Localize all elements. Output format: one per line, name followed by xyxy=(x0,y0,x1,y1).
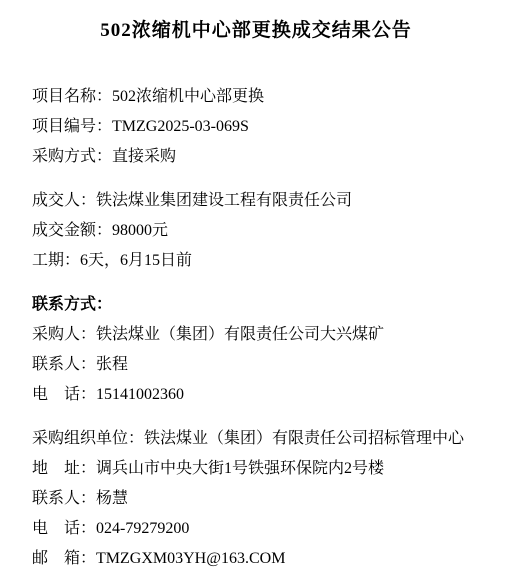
project-name-value: 502浓缩机中心部更换 xyxy=(112,88,264,105)
winner-value: 铁法煤业集团建设工程有限责任公司 xyxy=(96,192,352,209)
purchaser-label: 采购人： xyxy=(32,326,96,343)
organizer-address-line: 地 址：调兵山市中央大街1号铁强环保院内2号楼 xyxy=(32,454,480,484)
procurement-method-label: 采购方式： xyxy=(32,148,112,165)
duration-value: 6天，6月15日前 xyxy=(80,252,192,269)
duration-label: 工期： xyxy=(32,252,80,269)
purchaser-contact-person-value: 张程 xyxy=(96,356,128,373)
organizer-email-value: TMZGXM03YH@163.COM xyxy=(96,550,285,567)
project-number-value: TMZG2025-03-069S xyxy=(112,118,249,135)
organizer-email-line: 邮 箱：TMZGXM03YH@163.COM xyxy=(32,544,480,571)
purchaser-value: 铁法煤业（集团）有限责任公司大兴煤矿 xyxy=(96,326,384,343)
purchaser-phone-label: 电 话： xyxy=(32,386,96,403)
winner-line: 成交人：铁法煤业集团建设工程有限责任公司 xyxy=(32,186,480,216)
duration-line: 工期：6天，6月15日前 xyxy=(32,246,480,276)
purchaser-line: 采购人：铁法煤业（集团）有限责任公司大兴煤矿 xyxy=(32,320,480,350)
organizer-label: 采购组织单位： xyxy=(32,430,144,447)
project-name-line: 项目名称：502浓缩机中心部更换 xyxy=(32,82,480,112)
procurement-method-value: 直接采购 xyxy=(112,148,176,165)
organizer-email-label: 邮 箱： xyxy=(32,550,96,567)
organizer-phone-label: 电 话： xyxy=(32,520,96,537)
organizer-contact-person-value: 杨慧 xyxy=(96,490,128,507)
purchaser-contact-person-label: 联系人： xyxy=(32,356,96,373)
purchaser-contact-group: 联系方式： 采购人：铁法煤业（集团）有限责任公司大兴煤矿 联系人：张程 电 话：… xyxy=(32,290,480,410)
project-info-group: 项目名称：502浓缩机中心部更换 项目编号：TMZG2025-03-069S 采… xyxy=(32,82,480,172)
organizer-address-label: 地 址： xyxy=(32,460,96,477)
organizer-line: 采购组织单位：铁法煤业（集团）有限责任公司招标管理中心 xyxy=(32,424,480,454)
organizer-phone-line: 电 话：024-79279200 xyxy=(32,514,480,544)
amount-value: 98000元 xyxy=(112,222,168,239)
purchaser-contact-person-line: 联系人：张程 xyxy=(32,350,480,380)
amount-label: 成交金额： xyxy=(32,222,112,239)
winner-label: 成交人： xyxy=(32,192,96,209)
project-name-label: 项目名称： xyxy=(32,88,112,105)
page-title: 502浓缩机中心部更换成交结果公告 xyxy=(32,16,480,46)
project-number-line: 项目编号：TMZG2025-03-069S xyxy=(32,112,480,142)
organizer-address-value: 调兵山市中央大街1号铁强环保院内2号楼 xyxy=(96,460,384,477)
organizer-value: 铁法煤业（集团）有限责任公司招标管理中心 xyxy=(144,430,464,447)
contact-section-heading: 联系方式： xyxy=(32,290,480,320)
organizer-phone-value: 024-79279200 xyxy=(96,520,189,537)
purchaser-phone-value: 15141002360 xyxy=(96,386,184,403)
organizer-contact-person-label: 联系人： xyxy=(32,490,96,507)
organizer-contact-group: 采购组织单位：铁法煤业（集团）有限责任公司招标管理中心 地 址：调兵山市中央大街… xyxy=(32,424,480,571)
project-number-label: 项目编号： xyxy=(32,118,112,135)
amount-line: 成交金额：98000元 xyxy=(32,216,480,246)
award-info-group: 成交人：铁法煤业集团建设工程有限责任公司 成交金额：98000元 工期：6天，6… xyxy=(32,186,480,276)
procurement-method-line: 采购方式：直接采购 xyxy=(32,142,480,172)
organizer-contact-person-line: 联系人：杨慧 xyxy=(32,484,480,514)
announcement-document: 502浓缩机中心部更换成交结果公告 项目名称：502浓缩机中心部更换 项目编号：… xyxy=(0,0,512,571)
purchaser-phone-line: 电 话：15141002360 xyxy=(32,380,480,410)
